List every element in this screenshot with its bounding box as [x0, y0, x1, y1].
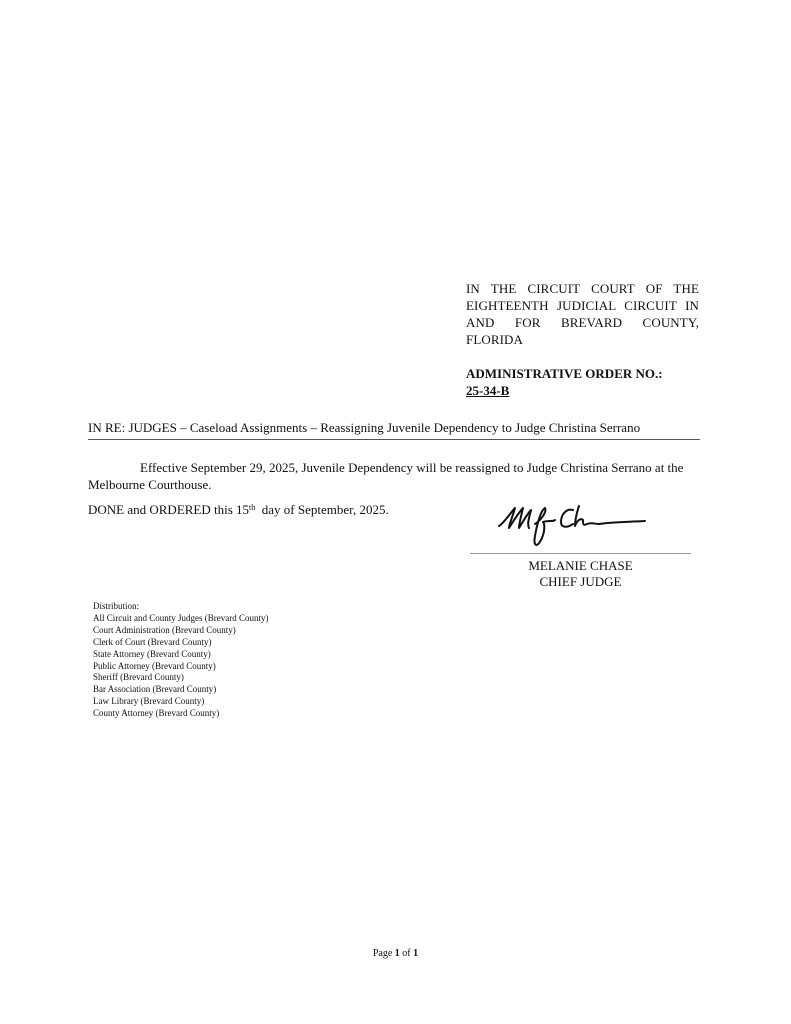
distribution-list: Distribution: All Circuit and County Jud…: [93, 601, 268, 720]
in-re-heading: IN RE: JUDGES – Caseload Assignments – R…: [88, 419, 700, 440]
current-page: 1: [395, 948, 400, 959]
page-footer: Page 1 of 1: [0, 948, 791, 959]
distribution-item: Bar Association (Brevard County): [93, 684, 268, 696]
order-label: ADMINISTRATIVE ORDER NO.:: [466, 365, 699, 382]
signer-block: MELANIE CHASE CHIEF JUDGE: [470, 558, 691, 590]
case-caption: IN THE CIRCUIT COURT OF THE EIGHTEENTH J…: [466, 280, 699, 399]
order-body-paragraph: Effective September 29, 2025, Juvenile D…: [88, 459, 700, 493]
distribution-heading: Distribution:: [93, 601, 268, 613]
document-page: IN THE CIRCUIT COURT OF THE EIGHTEENTH J…: [0, 0, 791, 1024]
distribution-item: Public Attorney (Brevard County): [93, 661, 268, 673]
distribution-item: County Attorney (Brevard County): [93, 708, 268, 720]
signature-icon: [495, 502, 655, 550]
court-line-4: FLORIDA: [466, 331, 699, 348]
distribution-item: State Attorney (Brevard County): [93, 649, 268, 661]
done-prefix: DONE and ORDERED this 15: [88, 502, 249, 517]
distribution-item: All Circuit and County Judges (Brevard C…: [93, 613, 268, 625]
distribution-item: Law Library (Brevard County): [93, 696, 268, 708]
done-suffix: day of September, 2025.: [255, 502, 388, 517]
distribution-item: Court Administration (Brevard County): [93, 625, 268, 637]
court-line-3: AND FOR BREVARD COUNTY,: [466, 314, 699, 331]
order-number: 25-34-B: [466, 382, 699, 399]
signer-name: MELANIE CHASE: [470, 558, 691, 574]
court-line-1: IN THE CIRCUIT COURT OF THE: [466, 280, 699, 297]
page-label: Page: [373, 948, 392, 959]
court-line-2: EIGHTEENTH JUDICIAL CIRCUIT IN: [466, 297, 699, 314]
distribution-item: Clerk of Court (Brevard County): [93, 637, 268, 649]
distribution-item: Sheriff (Brevard County): [93, 672, 268, 684]
signature-line: [470, 553, 691, 554]
ordinal-suffix: th: [249, 503, 255, 512]
of-label: of: [402, 948, 410, 959]
signer-title: CHIEF JUDGE: [470, 574, 691, 590]
done-and-ordered-line: DONE and ORDERED this 15th day of Septem…: [88, 501, 389, 518]
total-pages: 1: [413, 948, 418, 959]
